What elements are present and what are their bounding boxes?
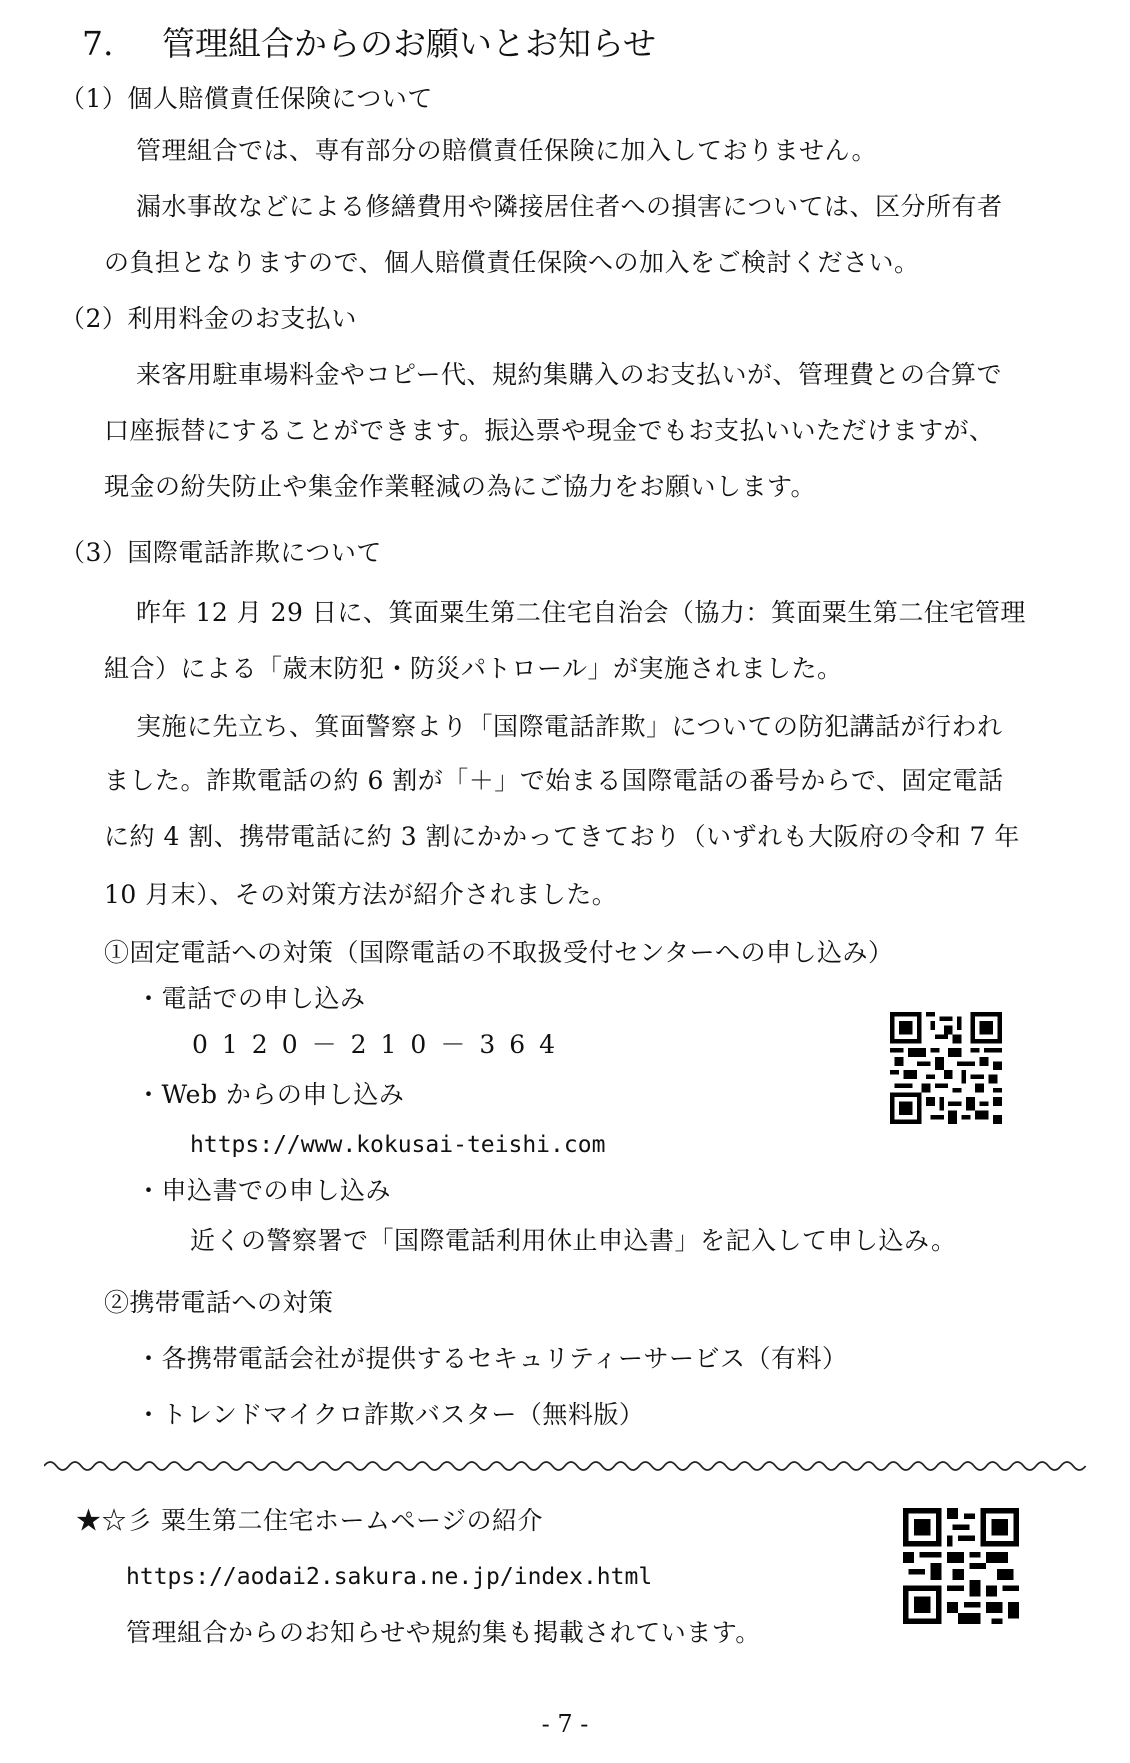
landline-web-url[interactable]: https://www.kokusai-teishi.com (190, 1130, 605, 1160)
section-number: 7. (82, 24, 162, 64)
page-number: - 7 - (0, 1710, 1130, 1738)
item-3-paragraph: 実施に先立ち、箕面警察より「国際電話詐欺」についての防犯講話が行われ (136, 712, 1003, 742)
landline-phone-number: 0120－210－364 (192, 1030, 569, 1060)
section-title: 7.管理組合からのお願いとお知らせ (82, 24, 656, 64)
item-3-paragraph: ました。詐欺電話の約 6 割が「＋」で始まる国際電話の番号からで、固定電話 (104, 766, 1004, 796)
mobile-heading: ②携帯電話への対策 (104, 1288, 334, 1318)
kokusai-teishi-qr-code-icon (890, 1010, 1002, 1126)
homepage-url[interactable]: https://aodai2.sakura.ne.jp/index.html (126, 1562, 652, 1592)
mobile-bullet: ・トレンドマイクロ詐欺バスター（無料版） (136, 1400, 644, 1430)
landline-web-label: ・Web からの申し込み (136, 1080, 404, 1110)
mobile-bullet: ・各携帯電話会社が提供するセキュリティーサービス（有料） (136, 1344, 848, 1374)
wavy-divider (44, 1456, 1089, 1476)
landline-form-text: 近くの警察署で「国際電話利用休止申込書」を記入して申し込み。 (190, 1226, 957, 1256)
item-1-paragraph: の負担となりますので、個人賠償責任保険への加入をご検討ください。 (104, 248, 920, 278)
item-2-heading: （2）利用料金のお支払い (60, 304, 357, 334)
item-3-paragraph: に約 4 割、携帯電話に約 3 割にかかってきており（いずれも大阪府の令和 7 … (104, 822, 1020, 852)
item-3-heading: （3）国際電話詐欺について (60, 538, 382, 568)
item-2-paragraph: 来客用駐車場料金やコピー代、規約集購入のお支払いが、管理費との合算で (136, 360, 1002, 390)
landline-heading: ①固定電話への対策（国際電話の不取扱受付センターへの申し込み） (104, 938, 894, 968)
item-2-paragraph: 口座振替にすることができます。振込票や現金でもお支払いいただけますが、 (104, 416, 995, 446)
homepage-qr-code-icon (902, 1508, 1020, 1624)
landline-phone-label: ・電話での申し込み (136, 984, 366, 1014)
item-1-paragraph: 漏水事故などによる修繕費用や隣接居住者への損害については、区分所有者 (136, 192, 1003, 222)
item-3-paragraph: 10 月末）、その対策方法が紹介されました。 (104, 880, 617, 910)
item-3-paragraph: 昨年 12 月 29 日に、箕面粟生第二住宅自治会（協力：箕面粟生第二住宅管理 (136, 598, 1026, 628)
homepage-note: 管理組合からのお知らせや規約集も掲載されています。 (126, 1618, 761, 1648)
homepage-heading: ★☆彡 粟生第二住宅ホームページの紹介 (76, 1506, 543, 1536)
item-3-paragraph: 組合）による「歳末防犯・防災パトロール」が実施されました。 (104, 654, 843, 684)
item-2-paragraph: 現金の紛失防止や集金作業軽減の為にご協力をお願いします。 (104, 472, 816, 502)
section-title-text: 管理組合からのお願いとお知らせ (162, 24, 656, 63)
item-1-paragraph: 管理組合では、専有部分の賠償責任保険に加入しておりません。 (136, 136, 877, 166)
landline-form-label: ・申込書での申し込み (136, 1176, 391, 1206)
item-1-heading: （1）個人賠償責任保険について (60, 84, 433, 114)
